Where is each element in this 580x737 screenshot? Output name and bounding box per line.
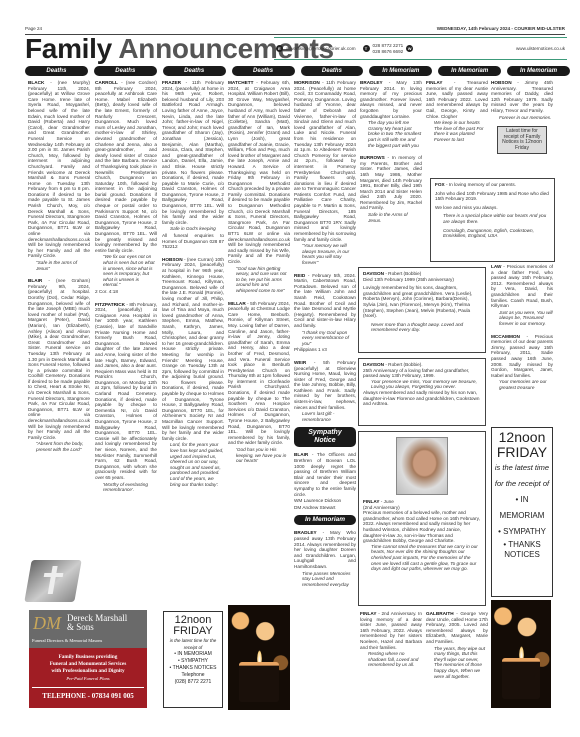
verse-reference: Philippians 1 v3 bbox=[294, 347, 356, 353]
notice-millar: MILLAR - 5th February 2024, peacefully a… bbox=[228, 301, 290, 446]
section-head-deaths: Deaths bbox=[301, 66, 364, 76]
notice-fitzpatrick: FITZPATRICK - 8th February, 2024, (peace… bbox=[95, 302, 157, 481]
notice-reid: REID - February 5th, 2024. Martin, Caber… bbox=[294, 273, 356, 329]
verse: Just as you were, You will always be, Tr… bbox=[491, 310, 553, 327]
deadline-notice-box: 12noon FRIDAY is the latest time for the… bbox=[491, 427, 553, 597]
notice-hobson-2: HOBSON - Jimmy 45th Anniversary. Treasur… bbox=[491, 80, 553, 114]
verse: 'God has you in His keeping, we have you… bbox=[228, 447, 290, 464]
website-link[interactable]: www.ulsternotices.co.uk bbox=[516, 46, 565, 51]
verse: The years, they wipe out many things, Bu… bbox=[426, 646, 488, 680]
section-head-deaths: Deaths bbox=[163, 66, 226, 76]
notice-bradley-2: BRADLEY - Mary Who passed away 13th Febr… bbox=[294, 530, 356, 569]
notice-galbraith: GALBRAITH - George Very dear Uncle, call… bbox=[426, 611, 488, 711]
notice-finlay-photo: FINLAY - June (2nd Anniversary) Precious… bbox=[358, 431, 486, 606]
candle-image bbox=[491, 600, 551, 708]
section-head-deaths: Deaths bbox=[94, 66, 157, 76]
notice-blair: BLAIR - (nee Graham) February 9th, 2024,… bbox=[28, 278, 90, 440]
notice-mccammon: MCCAMMON - Precious memories of our dear… bbox=[491, 334, 553, 379]
email-link[interactable]: advertising@tyronecourier.uk.com bbox=[286, 46, 356, 51]
column-4: MATCHETT - February 6th, 2024, at Craiga… bbox=[228, 80, 290, 600]
section-head-in-memoriam: In Memoriam bbox=[369, 66, 432, 76]
section-head-in-memoriam: In Memoriam bbox=[438, 66, 501, 76]
dm-logo: DM bbox=[33, 613, 61, 634]
notice-finlay-2: FINLAY - 2nd Anniversary. In loving memo… bbox=[360, 611, 422, 711]
verse: "Your memory we will always treasure, in… bbox=[294, 243, 356, 265]
notice-morrison: MORRISON - 11th February 2024. (Peaceful… bbox=[294, 80, 356, 242]
column-2: CARROLL - (nee Cordner) 8th February 202… bbox=[95, 80, 157, 608]
candle-image bbox=[228, 605, 290, 710]
section-head-deaths: Deaths bbox=[25, 66, 88, 76]
section-head-deaths: Deaths bbox=[232, 66, 295, 76]
verse: Lord, for the years your love has kept a… bbox=[162, 442, 224, 487]
deadline-notice-box: 12noon FRIDAY is the latest time for the… bbox=[163, 611, 223, 708]
notice-burrows: BURROWS - In memory of my Parents, Broth… bbox=[360, 155, 422, 211]
notice-matchett: MATCHETT - February 6th, 2024, at Craiga… bbox=[228, 80, 290, 265]
verse: Love's last gift - remembrance bbox=[294, 411, 356, 422]
verse: The day you left me Granny My heart just… bbox=[360, 120, 422, 148]
verse-reference: 2 Cor. 4:18 bbox=[95, 289, 157, 295]
notice-davison-1: DAVISON - Robert (Bobbie) Died 13th Febr… bbox=[358, 267, 486, 353]
contact-bar: E advertising@tyronecourier.uk.com T 028… bbox=[274, 37, 567, 60]
verse: Your memories are our greatest treasure bbox=[491, 379, 553, 390]
section-head-in-memoriam: In Memoriam bbox=[294, 515, 356, 525]
verse: Resting where no shadows fall, Loved and… bbox=[360, 651, 422, 668]
notice-weir: WEIR - 5th February (peacefully) at Glen… bbox=[294, 360, 356, 410]
notice-blair-sympathy: BLAIR - The Officers and Brethren of Bov… bbox=[294, 452, 356, 497]
phone-icon: T bbox=[363, 45, 370, 52]
verse: We keep in our hearts The love of the pa… bbox=[426, 120, 488, 142]
verse: Safe in the Arms of Jesus. bbox=[360, 212, 422, 223]
notice-carroll: CARROLL - (nee Cordner) 8th February 202… bbox=[95, 80, 157, 253]
column-8-lower: LAW - Precious memories of a dear father… bbox=[491, 264, 553, 434]
column-5: MORRISON - 11th February 2024. (Peaceful… bbox=[294, 80, 356, 712]
column-6: BRADLEY - Mary 13th February 2014. In lo… bbox=[360, 80, 422, 265]
issue-date: WEDNESDAY, 14th February 2024 - COURIER … bbox=[437, 26, 565, 34]
verse: Safe in God's keeping bbox=[162, 226, 224, 232]
advert-telephone: TELEPHONE - 07834 091 005 bbox=[32, 687, 144, 700]
bible-icon bbox=[24, 560, 81, 602]
notice-frazer: FRAZER - 11th February 2024, (peacefully… bbox=[162, 80, 224, 225]
verse: Time passes Memories stay Loved and reme… bbox=[294, 571, 356, 588]
verse: "I thank my God upon every remembrance o… bbox=[294, 330, 356, 347]
notice-hobson: HOBSON - (nee Curran) 10th February 2024… bbox=[162, 257, 224, 442]
verse: "We fix our eyes not on what is seen but… bbox=[95, 254, 157, 288]
latest-time-notice: Latest time for receipt of Family Notice… bbox=[497, 126, 547, 154]
notice-finlay: FINLAY - Treasured memories of my dear A… bbox=[426, 80, 488, 119]
verse: "Absent from the body, present with the … bbox=[28, 441, 90, 452]
verse: "God saw him getting weary, and cure was… bbox=[228, 266, 290, 294]
verse: "Safe in the arms of Jesus" bbox=[28, 260, 90, 271]
verse: 'Worthy of everlasting remembrance'. bbox=[95, 482, 157, 493]
column-7: FINLAY - Treasured memories of my dear A… bbox=[426, 80, 488, 175]
web-icon: W bbox=[406, 45, 413, 52]
verse: Forever in our memories. bbox=[491, 115, 553, 121]
section-head-in-memoriam: In Memoriam bbox=[507, 66, 570, 76]
section-head-sympathy: Sympathy Notice bbox=[294, 427, 356, 447]
phone-numbers: 028 8772 2271028 8676 6692 bbox=[373, 43, 404, 54]
notice-law: LAW - Precious memories of a dear father… bbox=[491, 264, 553, 309]
section-headers: Deaths Deaths Deaths Deaths Deaths In Me… bbox=[25, 66, 570, 76]
notice-fox: FOX - In loving memory of our parents. J… bbox=[430, 178, 555, 262]
funeral-enquiries: All funeral enquiries to Homes of Dungan… bbox=[162, 233, 224, 250]
funeral-director-advert: DM Dereck Marshall& Sons Funeral Directo… bbox=[29, 610, 147, 708]
column-3: FRAZER - 11th February 2024, (peacefully… bbox=[162, 80, 224, 605]
notice-black: BLACK - (nee Murphy) February 11th, 2024… bbox=[28, 80, 90, 259]
memorial-photo bbox=[396, 437, 448, 495]
notice-bradley: BRADLEY - Mary 13th February 2014. In lo… bbox=[360, 80, 422, 119]
column-1: BLACK - (nee Murphy) February 11th, 2024… bbox=[28, 80, 90, 560]
column-8: HOBSON - Jimmy 45th Anniversary. Treasur… bbox=[491, 80, 553, 180]
email-icon: E bbox=[276, 45, 283, 52]
notice-davison-2: DAVISON - Robert (Bobbie). 25th Annivers… bbox=[358, 358, 486, 426]
